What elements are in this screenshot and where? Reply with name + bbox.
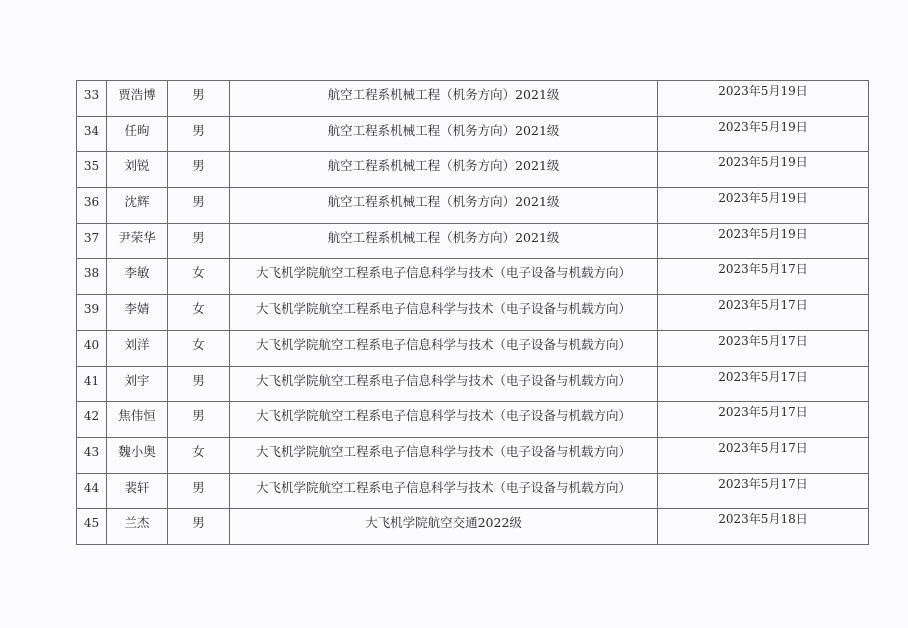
- date-cell: 2023年5月19日: [658, 188, 869, 224]
- table-row: 44裴轩男大飞机学院航空工程系电子信息科学与技术（电子设备与机载方向）2023年…: [77, 473, 869, 509]
- row-number-cell: 35: [77, 152, 107, 188]
- student-name-cell: 沈辉: [107, 188, 168, 224]
- row-number: 38: [77, 259, 106, 279]
- student-name-cell: 裴轩: [107, 473, 168, 509]
- gender: 女: [168, 295, 229, 315]
- table-row: 34任昫男航空工程系机械工程（机务方向）2021级2023年5月19日: [77, 116, 869, 152]
- table-row: 39李婧女大飞机学院航空工程系电子信息科学与技术（电子设备与机载方向）2023年…: [77, 295, 869, 331]
- student-name: 尹荣华: [107, 224, 167, 244]
- major-cell: 大飞机学院航空工程系电子信息科学与技术（电子设备与机载方向）: [230, 259, 658, 295]
- row-number-cell: 40: [77, 330, 107, 366]
- date-cell: 2023年5月18日: [658, 509, 869, 545]
- row-number-cell: 42: [77, 402, 107, 438]
- student-name: 刘锐: [107, 152, 167, 172]
- table-body: 33贾浩博男航空工程系机械工程（机务方向）2021级2023年5月19日34任昫…: [77, 81, 869, 545]
- row-number: 41: [77, 367, 106, 387]
- student-name: 刘洋: [107, 331, 167, 351]
- gender: 男: [168, 367, 229, 387]
- date-cell: 2023年5月19日: [658, 152, 869, 188]
- student-name-cell: 焦伟恒: [107, 402, 168, 438]
- date-cell: 2023年5月17日: [658, 295, 869, 331]
- student-name: 刘宇: [107, 367, 167, 387]
- date: 2023年5月19日: [658, 188, 868, 204]
- date: 2023年5月17日: [658, 438, 868, 454]
- major: 航空工程系机械工程（机务方向）2021级: [230, 224, 657, 244]
- date: 2023年5月19日: [658, 152, 868, 168]
- major-cell: 大飞机学院航空工程系电子信息科学与技术（电子设备与机载方向）: [230, 437, 658, 473]
- gender: 女: [168, 331, 229, 351]
- document-page: 33贾浩博男航空工程系机械工程（机务方向）2021级2023年5月19日34任昫…: [0, 0, 908, 628]
- gender-cell: 男: [168, 116, 230, 152]
- gender-cell: 男: [168, 152, 230, 188]
- student-name-cell: 尹荣华: [107, 223, 168, 259]
- row-number-cell: 39: [77, 295, 107, 331]
- row-number: 35: [77, 152, 106, 172]
- student-name: 李敏: [107, 259, 167, 279]
- major: 大飞机学院航空工程系电子信息科学与技术（电子设备与机载方向）: [230, 474, 657, 494]
- gender: 男: [168, 509, 229, 529]
- date: 2023年5月17日: [658, 295, 868, 311]
- student-name: 沈辉: [107, 188, 167, 208]
- table-row: 41刘宇男大飞机学院航空工程系电子信息科学与技术（电子设备与机载方向）2023年…: [77, 366, 869, 402]
- major-cell: 航空工程系机械工程（机务方向）2021级: [230, 81, 658, 117]
- student-name-cell: 任昫: [107, 116, 168, 152]
- gender: 男: [168, 117, 229, 137]
- gender: 男: [168, 188, 229, 208]
- major: 大飞机学院航空工程系电子信息科学与技术（电子设备与机载方向）: [230, 438, 657, 458]
- gender-cell: 女: [168, 295, 230, 331]
- table-row: 42焦伟恒男大飞机学院航空工程系电子信息科学与技术（电子设备与机载方向）2023…: [77, 402, 869, 438]
- student-name-cell: 兰杰: [107, 509, 168, 545]
- gender-cell: 女: [168, 330, 230, 366]
- row-number: 34: [77, 117, 106, 137]
- major: 大飞机学院航空工程系电子信息科学与技术（电子设备与机载方向）: [230, 367, 657, 387]
- major-cell: 大飞机学院航空交通2022级: [230, 509, 658, 545]
- major: 大飞机学院航空工程系电子信息科学与技术（电子设备与机载方向）: [230, 331, 657, 351]
- gender-cell: 男: [168, 509, 230, 545]
- major-cell: 大飞机学院航空工程系电子信息科学与技术（电子设备与机载方向）: [230, 366, 658, 402]
- row-number-cell: 36: [77, 188, 107, 224]
- student-name: 魏小奥: [107, 438, 167, 458]
- row-number-cell: 43: [77, 437, 107, 473]
- date-cell: 2023年5月17日: [658, 402, 869, 438]
- date: 2023年5月17日: [658, 402, 868, 418]
- major-cell: 航空工程系机械工程（机务方向）2021级: [230, 223, 658, 259]
- row-number-cell: 41: [77, 366, 107, 402]
- major-cell: 大飞机学院航空工程系电子信息科学与技术（电子设备与机载方向）: [230, 473, 658, 509]
- date-cell: 2023年5月19日: [658, 116, 869, 152]
- date: 2023年5月18日: [658, 509, 868, 525]
- gender: 女: [168, 438, 229, 458]
- major: 航空工程系机械工程（机务方向）2021级: [230, 152, 657, 172]
- student-name: 兰杰: [107, 509, 167, 529]
- date: 2023年5月19日: [658, 224, 868, 240]
- major-cell: 航空工程系机械工程（机务方向）2021级: [230, 116, 658, 152]
- date-cell: 2023年5月17日: [658, 473, 869, 509]
- major: 航空工程系机械工程（机务方向）2021级: [230, 188, 657, 208]
- gender-cell: 女: [168, 259, 230, 295]
- student-name: 焦伟恒: [107, 402, 167, 422]
- table-row: 40刘洋女大飞机学院航空工程系电子信息科学与技术（电子设备与机载方向）2023年…: [77, 330, 869, 366]
- gender: 男: [168, 224, 229, 244]
- date: 2023年5月17日: [658, 259, 868, 275]
- table-row: 35刘锐男航空工程系机械工程（机务方向）2021级2023年5月19日: [77, 152, 869, 188]
- date-cell: 2023年5月19日: [658, 81, 869, 117]
- date: 2023年5月17日: [658, 474, 868, 490]
- gender: 男: [168, 81, 229, 101]
- date-cell: 2023年5月17日: [658, 366, 869, 402]
- row-number: 42: [77, 402, 106, 422]
- row-number: 36: [77, 188, 106, 208]
- gender-cell: 男: [168, 473, 230, 509]
- major: 大飞机学院航空工程系电子信息科学与技术（电子设备与机载方向）: [230, 402, 657, 422]
- major: 航空工程系机械工程（机务方向）2021级: [230, 81, 657, 101]
- student-name: 李婧: [107, 295, 167, 315]
- date-cell: 2023年5月17日: [658, 259, 869, 295]
- student-name-cell: 李婧: [107, 295, 168, 331]
- table-row: 36沈辉男航空工程系机械工程（机务方向）2021级2023年5月19日: [77, 188, 869, 224]
- date: 2023年5月19日: [658, 117, 868, 133]
- major: 大飞机学院航空工程系电子信息科学与技术（电子设备与机载方向）: [230, 295, 657, 315]
- table-row: 37尹荣华男航空工程系机械工程（机务方向）2021级2023年5月19日: [77, 223, 869, 259]
- table-row: 45兰杰男大飞机学院航空交通2022级2023年5月18日: [77, 509, 869, 545]
- date-cell: 2023年5月19日: [658, 223, 869, 259]
- row-number: 40: [77, 331, 106, 351]
- date-cell: 2023年5月17日: [658, 330, 869, 366]
- student-name-cell: 刘锐: [107, 152, 168, 188]
- major: 大飞机学院航空交通2022级: [230, 509, 657, 529]
- date: 2023年5月17日: [658, 331, 868, 347]
- row-number: 43: [77, 438, 106, 458]
- row-number-cell: 45: [77, 509, 107, 545]
- student-table: 33贾浩博男航空工程系机械工程（机务方向）2021级2023年5月19日34任昫…: [76, 80, 869, 545]
- gender: 女: [168, 259, 229, 279]
- table-row: 43魏小奥女大飞机学院航空工程系电子信息科学与技术（电子设备与机载方向）2023…: [77, 437, 869, 473]
- row-number: 33: [77, 81, 106, 101]
- major-cell: 大飞机学院航空工程系电子信息科学与技术（电子设备与机载方向）: [230, 330, 658, 366]
- gender-cell: 男: [168, 402, 230, 438]
- student-name-cell: 李敏: [107, 259, 168, 295]
- row-number-cell: 38: [77, 259, 107, 295]
- table-row: 33贾浩博男航空工程系机械工程（机务方向）2021级2023年5月19日: [77, 81, 869, 117]
- major-cell: 大飞机学院航空工程系电子信息科学与技术（电子设备与机载方向）: [230, 295, 658, 331]
- row-number: 39: [77, 295, 106, 315]
- date: 2023年5月19日: [658, 81, 868, 97]
- row-number: 44: [77, 474, 106, 494]
- student-name: 贾浩博: [107, 81, 167, 101]
- student-name: 裴轩: [107, 474, 167, 494]
- student-name-cell: 贾浩博: [107, 81, 168, 117]
- student-name: 任昫: [107, 117, 167, 137]
- student-name-cell: 魏小奥: [107, 437, 168, 473]
- row-number: 45: [77, 509, 106, 529]
- major: 航空工程系机械工程（机务方向）2021级: [230, 117, 657, 137]
- row-number-cell: 33: [77, 81, 107, 117]
- gender-cell: 男: [168, 223, 230, 259]
- gender: 男: [168, 402, 229, 422]
- row-number: 37: [77, 224, 106, 244]
- gender: 男: [168, 152, 229, 172]
- major-cell: 航空工程系机械工程（机务方向）2021级: [230, 152, 658, 188]
- student-name-cell: 刘宇: [107, 366, 168, 402]
- student-name-cell: 刘洋: [107, 330, 168, 366]
- table-row: 38李敏女大飞机学院航空工程系电子信息科学与技术（电子设备与机载方向）2023年…: [77, 259, 869, 295]
- row-number-cell: 37: [77, 223, 107, 259]
- gender-cell: 男: [168, 188, 230, 224]
- major-cell: 航空工程系机械工程（机务方向）2021级: [230, 188, 658, 224]
- major-cell: 大飞机学院航空工程系电子信息科学与技术（电子设备与机载方向）: [230, 402, 658, 438]
- row-number-cell: 34: [77, 116, 107, 152]
- major: 大飞机学院航空工程系电子信息科学与技术（电子设备与机载方向）: [230, 259, 657, 279]
- gender-cell: 男: [168, 81, 230, 117]
- gender: 男: [168, 474, 229, 494]
- gender-cell: 男: [168, 366, 230, 402]
- date: 2023年5月17日: [658, 367, 868, 383]
- gender-cell: 女: [168, 437, 230, 473]
- row-number-cell: 44: [77, 473, 107, 509]
- date-cell: 2023年5月17日: [658, 437, 869, 473]
